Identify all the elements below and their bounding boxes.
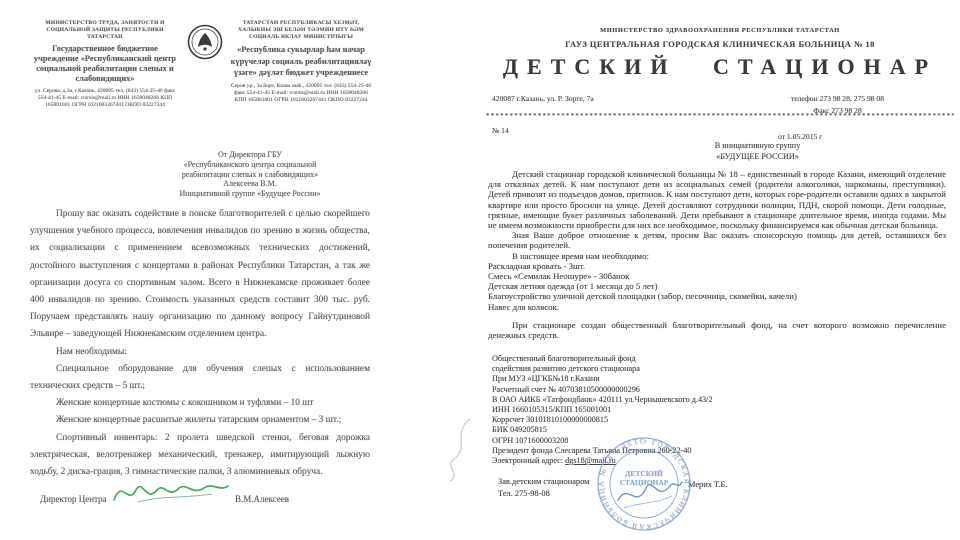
hospital-address: 420087 г.Казань, ул. Р. Зорге, 7а [492, 94, 594, 103]
addressee-line: От Директора ГБУ [128, 150, 372, 160]
fund-note: При стационаре создан общественный благо… [488, 320, 946, 340]
signer-role: Зав.детским стационаром [498, 477, 589, 486]
signature-row: Директор Центра В.М.Алексеев [40, 494, 370, 504]
signer-role: Директор Центра [40, 494, 107, 504]
fund-detail-line: содействия развитию детского стационара [492, 364, 713, 374]
addressee-line: «Республиканского центра социальной [128, 160, 372, 170]
fund-detail-line: В ОАО АИКБ «Татфондбанк» 420111 ул.Черны… [492, 395, 713, 405]
fund-detail-line: Расчетный счет № 40703810500000000296 [492, 385, 713, 395]
needs-intro: В настоящее время нам необходимо: [488, 251, 946, 261]
org-name-ru: Государственное бюджетное учреждение «Ре… [30, 44, 180, 84]
addressee-line: реабилитации слепых и слабовидящих» [128, 170, 372, 180]
email-label: Электронный адрес: [492, 456, 565, 465]
body-paragraph: Прошу вас оказать содействие в поиске бл… [30, 206, 370, 344]
round-emblem-icon [186, 23, 224, 61]
needs-item: Благоустройство уличной детской площадки… [488, 291, 946, 301]
ministry-health-line: МИНИСТЕРСТВО ЗДРАВООХРАНЕНИЯ РЕСПУБЛИКИ … [480, 27, 960, 34]
ministry-name-tat: ТАТАРСТАН РЕСПУБЛИКАСЫ ХЕЗМӘТ, ХАЛЫКНЫ Э… [230, 20, 372, 40]
org-details-tat: Серов ур., 3а йорт, Казан шәһ., 420095 т… [230, 83, 372, 104]
needs-item: Детская летняя одежда (от 1 месяца до 5 … [488, 281, 946, 291]
needs-item: Навес для колясок. [488, 302, 946, 312]
body-paragraph: Зная Ваше доброе отношение к детям, прос… [488, 230, 946, 250]
letterhead-tatar-column: ТАТАРСТАН РЕСПУБЛИКАСЫ ХЕЗМӘТ, ХАЛЫКНЫ Э… [230, 20, 372, 109]
fund-detail-line: Коррсчет 30101810100000000815 [492, 415, 713, 425]
stamp-center-line2: СТАЦИОНАР [620, 478, 669, 487]
needs-item: Женские концертные костюмы с кокошником … [30, 395, 370, 412]
letter-body: Детский стационар городской клинической … [488, 169, 946, 340]
letterhead-russian-column: МИНИСТЕРСТВО ТРУДА, ЗАНЯТОСТИ И СОЦИАЛЬН… [30, 20, 180, 109]
page-title: ДЕТСКИЙ СТАЦИОНАР [480, 54, 960, 80]
needs-item: Специальное оборудование для обучения сл… [30, 361, 370, 395]
fund-detail-line: Общественный благотворительный фонд [492, 354, 713, 364]
hospital-phone: телефон 273 98 28, 275 98 08 [730, 94, 945, 103]
pencil-mark [440, 415, 476, 487]
left-letter-page: МИНИСТЕРСТВО ТРУДА, ЗАНЯТОСТИ И СОЦИАЛЬН… [0, 0, 480, 540]
addressee-block: От Директора ГБУ «Республиканского центр… [128, 150, 372, 199]
asterisk-divider: ****************************************… [486, 112, 954, 120]
needs-intro: Нам необходимы: [30, 344, 370, 361]
letter-date: от 1.05.2015 г [778, 132, 822, 141]
ministry-name-ru: МИНИСТЕРСТВО ТРУДА, ЗАНЯТОСТИ И СОЦИАЛЬН… [30, 20, 180, 40]
addressee-line: «БУДУЩЕЕ РОССИИ» [655, 152, 860, 163]
needs-item: Смесь «Семилак Неошуре» - 30банок [488, 271, 946, 281]
handwritten-signature-icon [108, 468, 233, 513]
addressee-line: Алексеева В.М. [128, 179, 372, 189]
addressee-block: В инициативную группу «БУДУЩЕЕ РОССИИ» [655, 141, 860, 162]
org-details-ru: ул. Серова, д.3а, г.Казань, 420095 тел. … [30, 88, 180, 109]
stamp-center-line1: ДЕТСКИЙ [625, 469, 663, 478]
round-stamp-icon: • ГОРОДСКАЯ КЛИНИЧЕСКАЯ БОЛЬНИЦА № 18 • … [594, 434, 694, 534]
body-paragraph: Детский стационар городской клинической … [488, 169, 946, 230]
fund-detail-line: При МУЗ «ЦГКБ№18 г.Казани [492, 374, 713, 384]
needs-item: Раскладная кровать - 3шт. [488, 261, 946, 271]
fund-detail-line: ИНН 1660105315/КПП 165001001 [492, 405, 713, 415]
letter-number: № 14 [492, 126, 509, 135]
addressee-line: Инициативной группе «Будущее России» [128, 189, 372, 199]
org-name-tat: «Республика сукырлар һәм начар күрүчеләр… [230, 44, 372, 79]
signer-name: В.М.Алексеев [235, 494, 289, 504]
hospital-name-line: ГАУЗ ЦЕНТРАЛЬНАЯ ГОРОДСКАЯ КЛИНИЧЕСКАЯ Б… [480, 40, 960, 49]
right-letter-page: МИНИСТЕРСТВО ЗДРАВООХРАНЕНИЯ РЕСПУБЛИКИ … [480, 0, 960, 540]
signer-phone: Тел. 275-98-08 [498, 489, 550, 498]
letterhead: МИНИСТЕРСТВО ТРУДА, ЗАНЯТОСТИ И СОЦИАЛЬН… [30, 20, 372, 109]
addressee-line: В инициативную группу [655, 141, 860, 152]
needs-item: Женские концертные расшитые жилеты татар… [30, 412, 370, 429]
letter-body: Прошу вас оказать содействие в поиске бл… [30, 206, 370, 481]
